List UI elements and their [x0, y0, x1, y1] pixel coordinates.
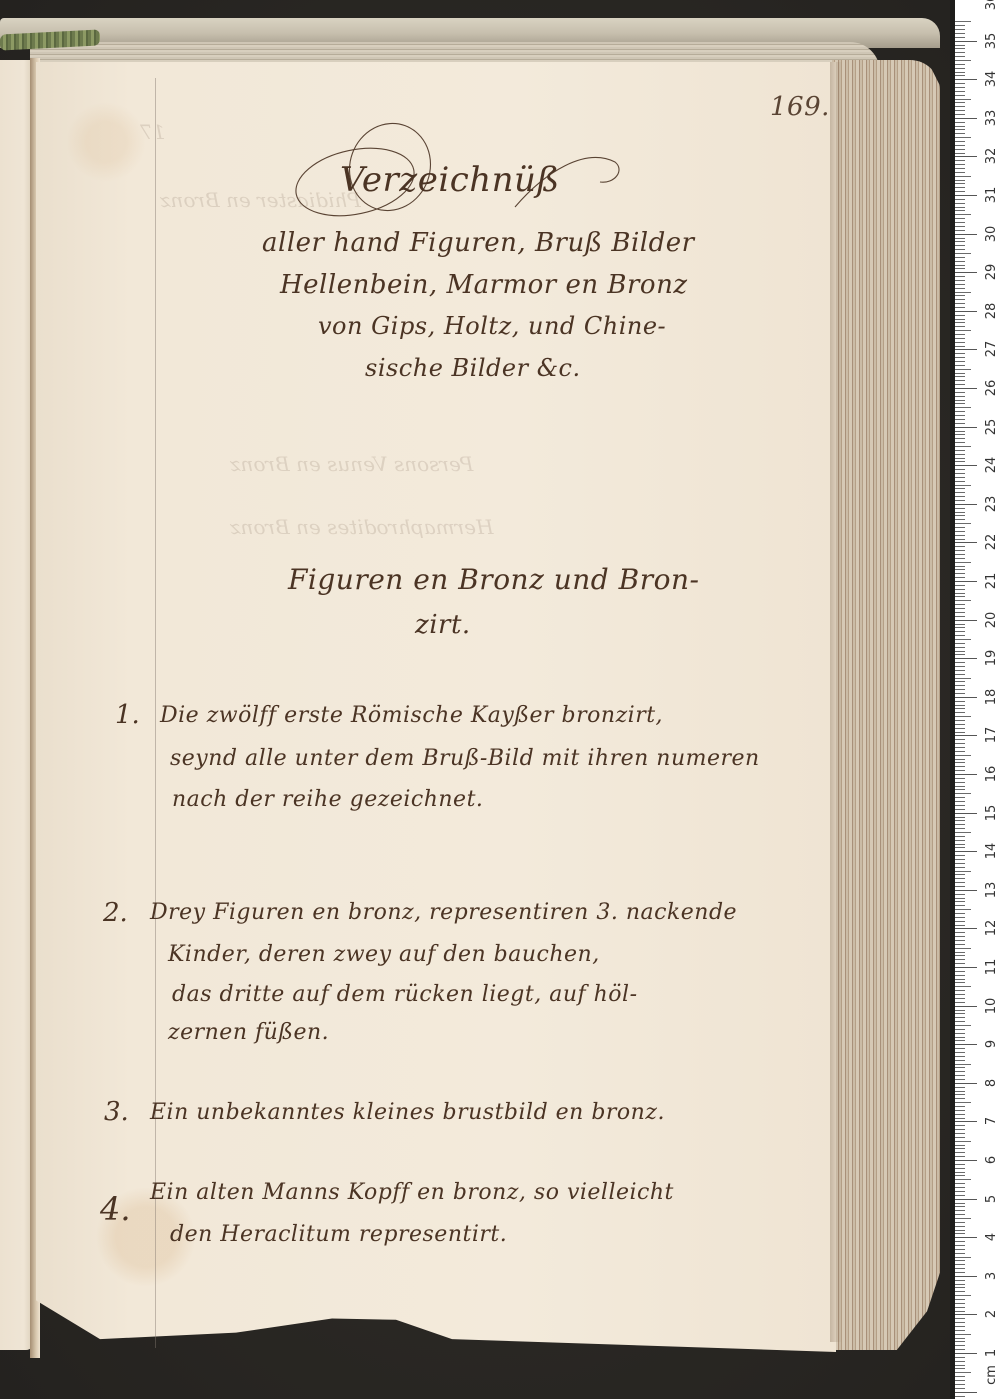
ruler-tick — [955, 1233, 965, 1234]
ruler-tick — [955, 855, 965, 856]
ruler-tick — [955, 963, 965, 964]
ruler-tick — [955, 276, 965, 277]
ruler-label: 14 — [985, 840, 999, 862]
folio-number: 169. — [770, 92, 830, 122]
ruler-label: 32 — [985, 145, 999, 167]
ruler-tick — [955, 1114, 965, 1115]
ruler-tick — [955, 1376, 965, 1377]
ruler-tick — [955, 29, 965, 30]
ruler-tick — [955, 249, 965, 250]
ruler-tick — [955, 708, 965, 709]
ruler-tick — [955, 91, 965, 92]
ruler-tick — [955, 554, 965, 555]
ruler-tick — [955, 1210, 965, 1211]
ruler-unit-label: cm — [985, 1364, 999, 1386]
ruler-tick — [955, 569, 965, 570]
ruler-tick — [955, 647, 965, 648]
ruler-tick — [955, 222, 965, 223]
ruler-tick — [955, 589, 965, 590]
ruler-tick — [955, 539, 965, 540]
ruler-tick — [955, 234, 977, 235]
entry-number: 2. — [103, 898, 128, 928]
ruler-tick — [955, 431, 965, 432]
ruler-tick — [955, 37, 965, 38]
ruler-tick — [955, 392, 965, 393]
ruler-tick — [955, 832, 971, 833]
ruler-tick — [955, 75, 965, 76]
ruler-tick — [955, 68, 965, 69]
ruler-tick — [955, 199, 965, 200]
ruler-tick — [955, 1203, 965, 1204]
ruler-tick — [955, 1048, 965, 1049]
ruler-tick — [955, 52, 965, 53]
ruler-tick — [955, 1272, 965, 1273]
ruler-tick — [955, 218, 965, 219]
ruler-tick — [955, 797, 965, 798]
ruler-tick — [955, 253, 971, 254]
ruler-tick — [955, 878, 965, 879]
ruler-tick — [955, 1083, 977, 1084]
ruler-tick — [955, 1299, 965, 1300]
margin-rule — [155, 78, 156, 1348]
ruler-tick — [955, 1264, 965, 1265]
ruler-tick — [955, 1152, 965, 1153]
ruler-label: 5 — [985, 1188, 999, 1210]
ruler-tick — [955, 724, 965, 725]
ruler-tick — [955, 1141, 971, 1142]
ruler-tick — [955, 357, 965, 358]
ruler-tick — [955, 210, 965, 211]
ruler-tick — [955, 898, 965, 899]
ruler-tick — [955, 303, 965, 304]
ruler-tick — [955, 1037, 965, 1038]
ruler-tick — [955, 280, 965, 281]
ruler-tick — [955, 1260, 965, 1261]
ruler-tick — [955, 635, 965, 636]
ruler-tick — [955, 1145, 965, 1146]
ruler-tick — [955, 1179, 971, 1180]
ruler-tick — [955, 759, 965, 760]
ruler-label: 35 — [985, 30, 999, 52]
ruler-tick — [955, 542, 977, 543]
ruler-tick — [955, 442, 965, 443]
entry-line: Ein unbekanntes kleines brustbild en bro… — [150, 1100, 665, 1125]
ruler-tick — [955, 60, 971, 61]
ruler-tick — [955, 45, 965, 46]
ruler-tick — [955, 624, 965, 625]
ruler-tick — [955, 762, 965, 763]
ruler-tick — [955, 1025, 971, 1026]
ruler-tick — [955, 1118, 965, 1119]
document-title: Verzeichnüß — [340, 160, 560, 200]
ruler-label: 19 — [985, 647, 999, 669]
subtitle-line: sische Bilder &c. — [365, 354, 581, 382]
ruler-tick — [955, 342, 965, 343]
ruler-tick — [955, 41, 977, 42]
ruler-tick — [955, 1033, 965, 1034]
ruler-tick — [955, 1137, 965, 1138]
ruler-tick — [955, 604, 965, 605]
ruler-tick — [955, 651, 965, 652]
ruler-tick — [955, 519, 965, 520]
section-title: zirt. — [415, 610, 471, 640]
ruler-tick — [955, 809, 965, 810]
ruler-tick — [955, 1330, 965, 1331]
ruler-tick — [955, 87, 965, 88]
ruler-tick — [955, 384, 965, 385]
ruler-tick — [955, 458, 965, 459]
ruler-tick — [955, 955, 965, 956]
ruler-label: 6 — [985, 1149, 999, 1171]
show-through-text: Hermaphrodites en Bronz — [230, 515, 494, 539]
ruler-tick — [955, 612, 965, 613]
entry-line: Ein alten Manns Kopff en bronz, so viell… — [150, 1180, 674, 1205]
ruler-tick — [955, 1110, 965, 1111]
ruler-tick — [955, 982, 965, 983]
ruler-tick — [955, 1021, 965, 1022]
ruler-label: 2 — [985, 1303, 999, 1325]
ruler-tick — [955, 1318, 965, 1319]
ruler-tick — [955, 535, 965, 536]
ruler-tick — [955, 573, 965, 574]
ruler-tick — [955, 566, 965, 567]
ruler-tick — [955, 928, 977, 929]
ruler-label: 26 — [985, 377, 999, 399]
ruler-tick — [955, 643, 965, 644]
entry-line: das dritte auf dem rücken liegt, auf höl… — [172, 982, 638, 1007]
ruler-tick — [955, 1164, 965, 1165]
ruler-tick — [955, 755, 971, 756]
ruler-tick — [955, 921, 965, 922]
ruler-tick — [955, 1195, 965, 1196]
ruler-tick — [955, 1245, 965, 1246]
ruler-label: 23 — [985, 493, 999, 515]
ruler-tick — [955, 361, 965, 362]
ruler-tick — [955, 1102, 971, 1103]
ruler-tick — [955, 739, 965, 740]
ruler-tick — [955, 465, 977, 466]
ruler-tick — [955, 473, 965, 474]
ruler-tick — [955, 1172, 965, 1173]
ruler-tick — [955, 1056, 965, 1057]
ruler-tick — [955, 1314, 977, 1315]
ruler-tick — [955, 187, 965, 188]
ruler-tick — [955, 616, 965, 617]
ruler-tick — [955, 438, 965, 439]
ruler-tick — [955, 427, 977, 428]
ruler-tick — [955, 1230, 965, 1231]
ruler-tick — [955, 820, 965, 821]
ruler-tick — [955, 230, 965, 231]
ruler-tick — [955, 1125, 965, 1126]
ruler-tick — [955, 72, 965, 73]
ruler-tick — [955, 1237, 977, 1238]
ruler-tick — [955, 948, 971, 949]
ruler-tick — [955, 176, 971, 177]
ruler-tick — [955, 1052, 965, 1053]
ruler-tick — [955, 813, 977, 814]
ruler-tick — [955, 859, 965, 860]
ruler-tick — [955, 1253, 965, 1254]
ruler-label: 11 — [985, 956, 999, 978]
ruler-tick — [955, 905, 965, 906]
ruler-tick — [955, 828, 965, 829]
ruler-tick — [955, 863, 965, 864]
ruler-tick — [955, 1295, 971, 1296]
book-fore-edge — [832, 60, 940, 1350]
ruler-tick — [955, 631, 965, 632]
ruler-tick — [955, 241, 965, 242]
ruler-tick — [955, 716, 971, 717]
ruler-tick — [955, 998, 965, 999]
ruler-tick — [955, 191, 965, 192]
ruler-tick — [955, 844, 965, 845]
ruler-tick — [955, 871, 971, 872]
ruler-tick — [955, 1368, 965, 1369]
ruler-tick — [955, 118, 977, 119]
ruler-tick — [955, 778, 965, 779]
ruler-tick — [955, 1334, 971, 1335]
ruler-tick — [955, 338, 965, 339]
ruler-tick — [955, 330, 971, 331]
ruler-tick — [955, 380, 965, 381]
entry-line: Drey Figuren en bronz, representiren 3. … — [150, 900, 737, 925]
ruler-tick — [955, 523, 971, 524]
ruler-tick — [955, 129, 965, 130]
entry-line: zernen füßen. — [168, 1020, 329, 1045]
ruler-tick — [955, 1133, 965, 1134]
ruler-tick — [955, 817, 965, 818]
ruler-tick — [955, 214, 971, 215]
subtitle-line: Hellenbein, Marmor en Bronz — [280, 270, 688, 300]
ruler-tick — [955, 373, 965, 374]
ruler-tick — [955, 1183, 965, 1184]
ruler-tick — [955, 577, 965, 578]
ruler-tick — [955, 307, 965, 308]
ruler-tick — [955, 488, 965, 489]
ruler-tick — [955, 268, 965, 269]
ruler-tick — [955, 102, 965, 103]
ruler-tick — [955, 901, 965, 902]
ruler-tick — [955, 1361, 965, 1362]
ruler-tick — [955, 284, 965, 285]
ruler-label: 17 — [985, 724, 999, 746]
ruler-tick — [955, 990, 965, 991]
ruler-tick — [955, 153, 965, 154]
ruler-tick — [955, 1206, 965, 1207]
ruler-label: 3 — [985, 1265, 999, 1287]
ruler-tick — [955, 1338, 965, 1339]
ruler-tick — [955, 1249, 965, 1250]
ruler-tick — [955, 396, 965, 397]
ruler-tick — [955, 183, 965, 184]
ruler-tick — [955, 106, 965, 107]
ruler-tick — [955, 894, 965, 895]
ruler-tick — [955, 1226, 965, 1227]
ruler-tick — [955, 701, 965, 702]
ruler-tick — [955, 326, 965, 327]
show-through-text: 17 — [140, 120, 165, 144]
ruler-tick — [955, 461, 965, 462]
ruler-tick — [955, 207, 965, 208]
ruler-tick — [955, 793, 971, 794]
ruler-tick — [955, 1064, 971, 1065]
ruler-tick — [955, 515, 965, 516]
ruler-tick — [955, 149, 965, 150]
ruler-tick — [955, 1392, 977, 1393]
ruler-tick — [955, 1094, 965, 1095]
ruler-tick — [955, 932, 965, 933]
ruler-tick — [955, 172, 965, 173]
ruler-tick — [955, 512, 965, 513]
ruler-tick — [955, 477, 965, 478]
ruler-tick — [955, 581, 977, 582]
ruler-label: 29 — [985, 261, 999, 283]
ruler-tick — [955, 801, 965, 802]
page-edge-shadow — [830, 62, 842, 1342]
ruler-tick — [955, 238, 965, 239]
ruler-tick — [955, 203, 965, 204]
ruler-tick — [955, 1187, 965, 1188]
ruler-label: 31 — [985, 184, 999, 206]
ruler-tick — [955, 83, 965, 84]
ruler-tick — [955, 940, 965, 941]
ruler-tick — [955, 423, 965, 424]
ruler-label: 24 — [985, 454, 999, 476]
ruler-tick — [955, 411, 965, 412]
ruler-tick — [955, 743, 965, 744]
ruler-tick — [955, 925, 965, 926]
ruler-label: 20 — [985, 609, 999, 631]
ruler-tick — [955, 728, 965, 729]
ruler-tick — [955, 365, 965, 366]
ruler-tick — [955, 1168, 965, 1169]
ruler-tick — [955, 620, 977, 621]
ruler-tick — [955, 766, 965, 767]
ruler-tick — [955, 1029, 965, 1030]
ruler-tick — [955, 415, 965, 416]
entry-line: Kinder, deren zwey auf den bauchen, — [168, 942, 600, 967]
ruler-tick — [955, 1044, 977, 1045]
ruler-tick — [955, 1372, 971, 1373]
ruler-label: 10 — [985, 995, 999, 1017]
ruler-tick — [955, 805, 965, 806]
ruler-label: 16 — [985, 763, 999, 785]
ruler-tick — [955, 1353, 977, 1354]
ruler-tick — [955, 388, 977, 389]
ruler-tick — [955, 1384, 965, 1385]
ruler-tick — [955, 245, 965, 246]
ruler-tick — [955, 952, 965, 953]
ruler-tick — [955, 496, 965, 497]
ruler-tick — [955, 1091, 965, 1092]
ruler-tick — [955, 531, 965, 532]
measurement-ruler: cm 1234567891011121314151617181920212223… — [955, 0, 1000, 1399]
subtitle-line: von Gips, Holtz, und Chine- — [318, 312, 666, 340]
ruler-label: 1 — [985, 1342, 999, 1364]
ruler-label: 8 — [985, 1072, 999, 1094]
ruler-tick — [955, 627, 965, 628]
ruler-tick — [955, 685, 965, 686]
ruler-tick — [955, 400, 965, 401]
ruler-tick — [955, 353, 965, 354]
ruler-tick — [955, 504, 977, 505]
ruler-tick — [955, 322, 965, 323]
ruler-tick — [955, 550, 965, 551]
ruler-tick — [955, 454, 965, 455]
ruler-tick — [955, 836, 965, 837]
ruler-tick — [955, 261, 965, 262]
entry-line: den Heraclitum representirt. — [170, 1222, 507, 1247]
ruler-tick — [955, 1357, 965, 1358]
ruler-tick — [955, 180, 965, 181]
ruler-tick — [955, 774, 977, 775]
ruler-tick — [955, 288, 965, 289]
ruler-tick — [955, 334, 965, 335]
ruler-label: 4 — [985, 1226, 999, 1248]
ruler-tick — [955, 1129, 965, 1130]
ruler-tick — [955, 1071, 965, 1072]
ruler-tick — [955, 593, 965, 594]
ruler-label: 18 — [985, 686, 999, 708]
ruler-tick — [955, 847, 965, 848]
ruler-tick — [955, 500, 965, 501]
ruler-tick — [955, 1303, 965, 1304]
ruler-tick — [955, 1017, 965, 1018]
ruler-tick — [955, 95, 965, 96]
ruler-tick — [955, 689, 965, 690]
ruler-tick — [955, 705, 965, 706]
ruler-tick — [955, 751, 965, 752]
ruler-tick — [955, 585, 965, 586]
ruler-tick — [955, 959, 965, 960]
ruler-tick — [955, 654, 965, 655]
ruler-tick — [955, 1148, 965, 1149]
ruler-tick — [955, 122, 965, 123]
ruler-tick — [955, 295, 965, 296]
ruler-tick — [955, 936, 965, 937]
ruler-label: 15 — [985, 802, 999, 824]
ruler-label: 12 — [985, 917, 999, 939]
ruler-tick — [955, 596, 965, 597]
show-through-text: Persons Venus en Bronz — [230, 452, 473, 476]
ruler-tick — [955, 1222, 965, 1223]
ruler-tick — [955, 346, 965, 347]
ruler-tick — [955, 1218, 971, 1219]
ruler-tick — [955, 786, 965, 787]
ruler-tick — [955, 1079, 965, 1080]
ruler-tick — [955, 403, 965, 404]
left-facing-page — [0, 60, 34, 1350]
ruler-tick — [955, 1075, 965, 1076]
ruler-tick — [955, 770, 965, 771]
ruler-tick — [955, 681, 965, 682]
ruler-tick — [955, 732, 965, 733]
ruler-tick — [955, 639, 971, 640]
ruler-tick — [955, 1006, 977, 1007]
ruler-tick — [955, 1345, 965, 1346]
ruler-tick — [955, 469, 965, 470]
ruler-tick — [955, 407, 971, 408]
ruler-label: 21 — [985, 570, 999, 592]
ruler-tick — [955, 1284, 965, 1285]
ruler-label: 30 — [985, 223, 999, 245]
ruler-tick — [955, 48, 965, 49]
ruler-tick — [955, 1311, 965, 1312]
ruler-tick — [955, 1060, 965, 1061]
entry-line: seynd alle unter dem Bruß-Bild mit ihren… — [170, 746, 760, 771]
ruler-tick — [955, 1175, 965, 1176]
